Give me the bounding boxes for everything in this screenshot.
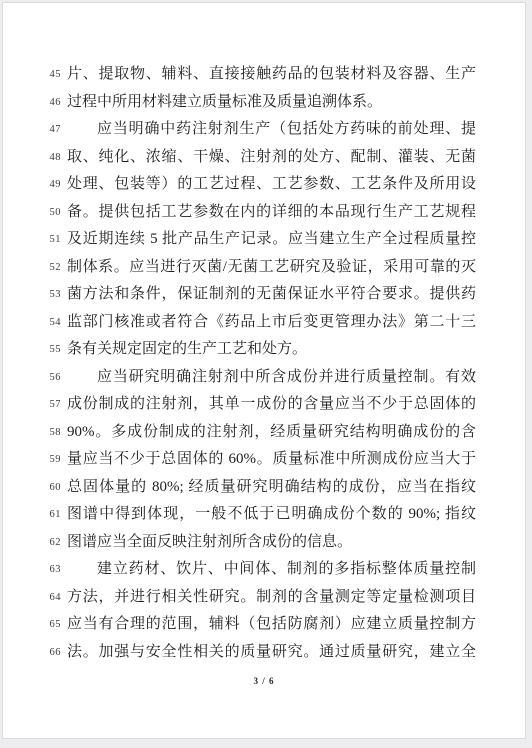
line-text: 应当有合理的范围，辅料（包括防腐剂）应建立质量控制方 [67,611,476,639]
document-line: 59 量应当不少于总固体的 60%。质量标准中所测成份应当大于 [3,446,525,474]
document-line: 56 应当研究明确注射剂中所含成份并进行质量控制。有效 [3,364,525,392]
document-line: 52 制体系。应当进行灭菌/无菌工艺研究及验证，采用可靠的灭 [3,254,525,282]
document-line: 47 应当明确中药注射剂生产（包括处方药味的前处理、提 [3,116,525,144]
line-number: 66 [39,639,61,667]
line-number: 59 [39,446,61,474]
line-number: 46 [39,89,61,117]
document-line: 66 法。加强与安全性相关的质量研究。通过质量研究，建立全 [3,639,525,667]
line-number: 60 [39,474,61,502]
line-text: 方法，并进行相关性研究。制剂的含量测定等定量检测项目 [67,584,476,612]
line-text: 条有关规定固定的生产工艺和处方。 [67,336,476,364]
line-number: 54 [39,309,61,337]
line-number: 47 [39,116,61,144]
line-number: 65 [39,611,61,639]
line-text: 应当研究明确注射剂中所含成份并进行质量控制。有效 [67,364,476,392]
document-line: 64 方法，并进行相关性研究。制剂的含量测定等定量检测项目 [3,584,525,612]
line-text: 成份制成的注射剂，其单一成份的含量应当不少于总固体的 [67,391,476,419]
document-page: 45 片、提取物、辅料、直接接触药品的包装材料及容器、生产 46 过程中所用材料… [2,2,526,739]
document-line: 60 总固体量的 80%; 经质量研究明确结构的成份，应当在指纹 [3,474,525,502]
document-line: 63 建立药材、饮片、中间体、制剂的多指标整体质量控制 [3,556,525,584]
line-number: 58 [39,419,61,447]
line-number: 50 [39,199,61,227]
line-text: 量应当不少于总固体的 60%。质量标准中所测成份应当大于 [67,446,476,474]
line-text: 菌方法和条件，保证制剂的无菌保证水平符合要求。提供药 [67,281,476,309]
document-line: 55 条有关规定固定的生产工艺和处方。 [3,336,525,364]
line-text: 备。提供包括工艺参数在内的详细的本品现行生产工艺规程 [67,199,476,227]
line-number: 63 [39,556,61,584]
document-line: 45 片、提取物、辅料、直接接触药品的包装材料及容器、生产 [3,61,525,89]
document-line: 53 菌方法和条件，保证制剂的无菌保证水平符合要求。提供药 [3,281,525,309]
document-line: 51 及近期连续 5 批产品生产记录。应当建立生产全过程质量控 [3,226,525,254]
document-line: 65 应当有合理的范围，辅料（包括防腐剂）应建立质量控制方 [3,611,525,639]
line-text: 制体系。应当进行灭菌/无菌工艺研究及验证，采用可靠的灭 [67,254,476,282]
document-line: 58 90%。多成份制成的注射剂，经质量研究结构明确成份的含 [3,419,525,447]
line-text: 法。加强与安全性相关的质量研究。通过质量研究，建立全 [67,639,476,667]
line-number: 49 [39,171,61,199]
line-text: 图谱应当全面反映注射剂所含成份的信息。 [67,529,476,557]
line-text: 处理、包装等）的工艺过程、工艺参数、工艺条件及所用设 [67,171,476,199]
document-line: 48 取、纯化、浓缩、干燥、注射剂的处方、配制、灌装、无菌 [3,144,525,172]
line-number: 55 [39,336,61,364]
line-text: 过程中所用材料建立质量标准及质量追溯体系。 [67,89,476,117]
line-number: 64 [39,584,61,612]
line-number: 52 [39,254,61,282]
line-number: 51 [39,226,61,254]
document-line: 61 图谱中得到体现，一般不低于已明确成份个数的 90%; 指纹 [3,501,525,529]
line-text: 建立药材、饮片、中间体、制剂的多指标整体质量控制 [67,556,476,584]
line-text: 监部门核准或者符合《药品上市后变更管理办法》第二十三 [67,309,476,337]
line-number: 56 [39,364,61,392]
line-number: 53 [39,281,61,309]
document-line: 49 处理、包装等）的工艺过程、工艺参数、工艺条件及所用设 [3,171,525,199]
document-line: 57 成份制成的注射剂，其单一成份的含量应当不少于总固体的 [3,391,525,419]
line-text: 取、纯化、浓缩、干燥、注射剂的处方、配制、灌装、无菌 [67,144,476,172]
line-text: 总固体量的 80%; 经质量研究明确结构的成份，应当在指纹 [67,474,476,502]
document-line: 62 图谱应当全面反映注射剂所含成份的信息。 [3,529,525,557]
line-text: 图谱中得到体现，一般不低于已明确成份个数的 90%; 指纹 [67,501,476,529]
document-lines: 45 片、提取物、辅料、直接接触药品的包装材料及容器、生产 46 过程中所用材料… [3,61,525,666]
line-text: 片、提取物、辅料、直接接触药品的包装材料及容器、生产 [67,61,476,89]
line-number: 45 [39,61,61,89]
page-number: 3 / 6 [3,676,525,686]
line-text: 90%。多成份制成的注射剂，经质量研究结构明确成份的含 [67,419,476,447]
line-number: 61 [39,501,61,529]
line-number: 62 [39,529,61,557]
document-line: 54 监部门核准或者符合《药品上市后变更管理办法》第二十三 [3,309,525,337]
line-number: 48 [39,144,61,172]
line-number: 57 [39,391,61,419]
document-line: 50 备。提供包括工艺参数在内的详细的本品现行生产工艺规程 [3,199,525,227]
line-text: 及近期连续 5 批产品生产记录。应当建立生产全过程质量控 [67,226,476,254]
document-line: 46 过程中所用材料建立质量标准及质量追溯体系。 [3,89,525,117]
line-text: 应当明确中药注射剂生产（包括处方药味的前处理、提 [67,116,476,144]
